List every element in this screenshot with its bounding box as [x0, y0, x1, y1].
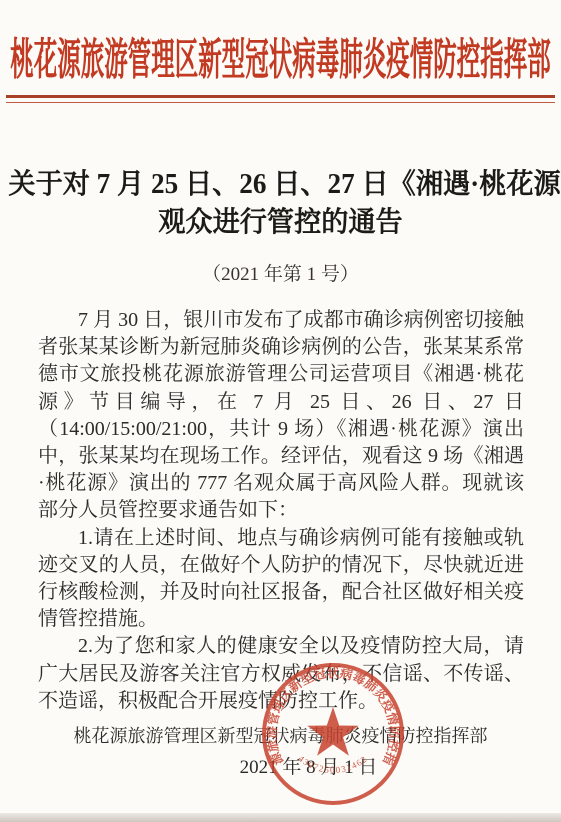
notice-title-line2: 观众进行管控的通告	[8, 204, 552, 242]
body-paragraph-3: 2.为了您和家人的健康安全以及疫情防控大局，请广大居民及游客关注官方权威发布，不…	[38, 633, 524, 715]
document-page: 桃花源旅游管理区新型冠状病毒肺炎疫情防控指挥部 关于对 7 月 25 日、26 …	[0, 0, 561, 822]
page-bottom-edge	[0, 813, 561, 822]
signature-date: 2021 年 8 月 1 日	[28, 752, 561, 779]
signature-org: 桃花源旅游管理区新型冠状病毒肺炎疫情防控指挥部	[0, 722, 561, 748]
body-paragraph-1: 7 月 30 日，银川市发布了成都市确诊病例密切接触者张某某诊断为新冠肺炎确诊病…	[38, 307, 524, 525]
notice-title: 关于对 7 月 25 日、26 日、27 日《湘遇·桃花源》 观众进行管控的通告	[0, 166, 561, 242]
notice-body: 7 月 30 日，银川市发布了成都市确诊病例密切接触者张某某诊断为新冠肺炎确诊病…	[38, 307, 524, 715]
body-paragraph-2: 1.请在上述时间、地点与确诊病例可能有接触或轨迹交叉的人员，在做好个人防护的情况…	[38, 525, 524, 634]
header-org-title: 桃花源旅游管理区新型冠状病毒肺炎疫情防控指挥部	[10, 25, 551, 88]
doc-number: （2021 年第 1 号）	[0, 259, 561, 286]
header-divider	[6, 95, 555, 103]
notice-title-line1: 关于对 7 月 25 日、26 日、27 日《湘遇·桃花源》	[8, 166, 552, 204]
